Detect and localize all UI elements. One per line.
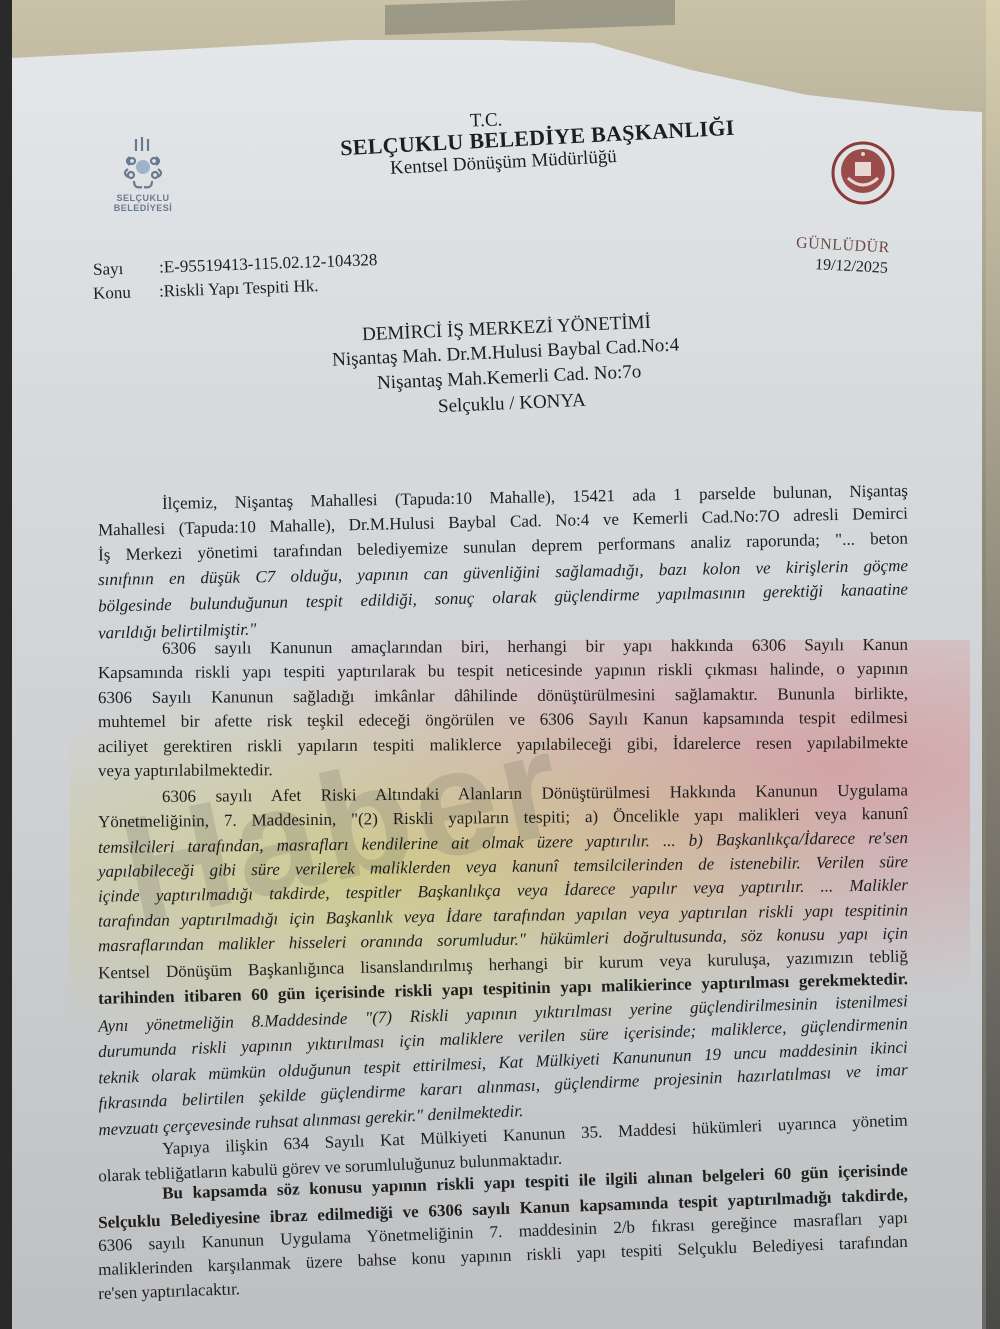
body-line: muhtemel bir afette risk teşkil edeceği … [98, 708, 908, 732]
adhesive-tape [385, 0, 675, 35]
konu-label: Konu [93, 282, 160, 304]
body-line: aciliyet gerektiren riskli yapıların tes… [98, 733, 908, 757]
family-year-emblem-icon [828, 138, 898, 208]
body-line: Kapsamında riskli yapı tespiti yaptırıla… [98, 659, 908, 683]
body-line: 6306 Sayılı Kanunun sağladığı imkânlar d… [98, 684, 908, 708]
stamp-date: 19/12/2025 [815, 256, 889, 278]
selcuklu-motif-icon [120, 135, 166, 193]
body-line: 6306 sayılı Kanunun amaçlarından biri, h… [98, 635, 908, 659]
logo-caption-line2: BELEDİYESİ [113, 203, 173, 213]
selcuklu-logo: SELÇUKLU BELEDİYESİ [113, 135, 173, 225]
sayi-label: Sayı [93, 258, 160, 280]
logo-caption-line1: SELÇUKLU [113, 193, 173, 203]
background-dark-edge [0, 0, 12, 1329]
background-right-edge [986, 0, 1000, 1329]
body-line: veya yaptırılabilmektedir. [98, 757, 908, 781]
